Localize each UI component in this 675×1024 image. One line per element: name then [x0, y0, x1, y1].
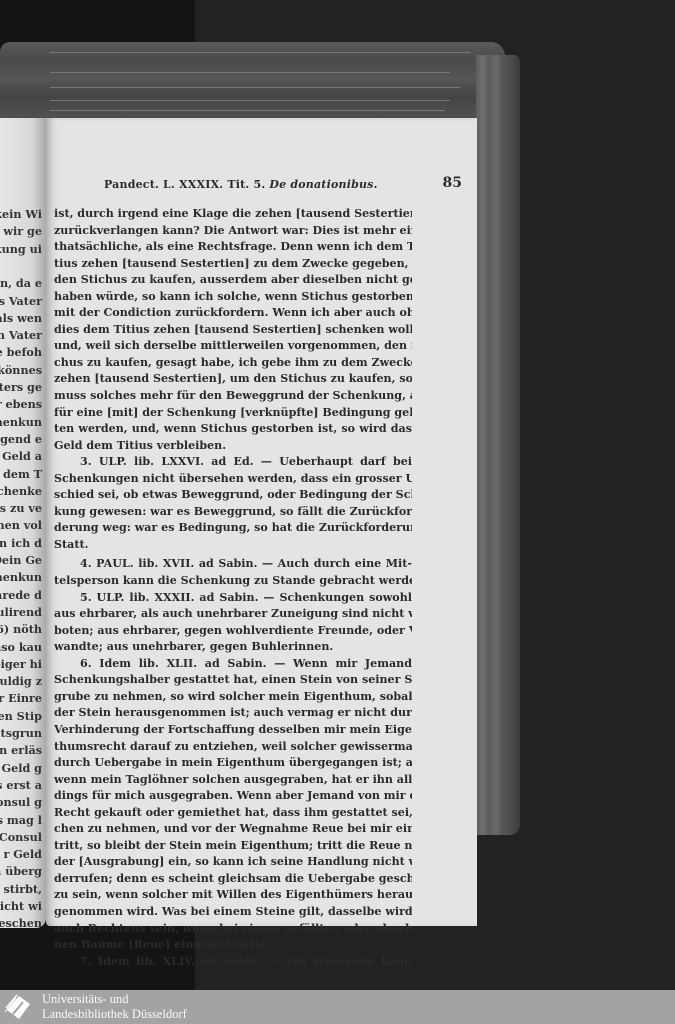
library-footer-bar: Universitäts- und Landesbibliothek Düsse…: [0, 990, 675, 1024]
left-page-text-fragment: ne befoh: [0, 344, 42, 361]
text-line: schied sei, ob etwas Beweggrund, oder Be…: [54, 487, 412, 504]
text-line: den Stichus zu kaufen, ausserdem aber di…: [54, 272, 412, 289]
text-line: thumsrecht darauf zu entziehen, weil sol…: [54, 739, 412, 756]
left-page-text-fragment: Vaters ge: [0, 379, 42, 396]
left-page-text-fragment: chuldig z: [0, 673, 42, 690]
left-page-text-fragment: n Consul: [0, 829, 42, 846]
text-line: wandte; aus unehrbarer, gegen Buhlerinne…: [54, 639, 412, 656]
text-line: 3. ULP. lib. LXXVI. ad Ed. — Ueberhaupt …: [54, 454, 412, 471]
left-page-fragment: kein Wiwir gekung uin, da ees Vaterals w…: [0, 118, 46, 928]
text-line: zurückverlangen kann? Die Antwort war: D…: [54, 223, 412, 240]
text-line: 4. PAUL. lib. XVII. ad Sabin. — Auch dur…: [54, 556, 412, 573]
page-85: Pandect. L. XXXIX. Tit. 5. De donationib…: [46, 118, 477, 926]
text-line: derrufen; denn es scheint gleichsam die …: [54, 871, 412, 888]
text-line: aus ehrbarer, als auch unehrbarer Zuneig…: [54, 606, 412, 623]
text-line: kung gewesen: war es Beweggrund, so fäll…: [54, 504, 412, 521]
left-page-text-fragment: n ich d: [0, 535, 42, 552]
running-title: Pandect. L. XXXIX. Tit. 5. De donationib…: [104, 178, 378, 191]
text-line: nen Baume [Reue] eingetreten ist.: [54, 937, 412, 954]
text-line: Schenkungen nicht übersehen werden, dass…: [54, 471, 412, 488]
text-line: zehen [tausend Sestertien], um den Stich…: [54, 371, 412, 388]
text-line: boten; aus ehrbarer, gegen wohlverdiente…: [54, 623, 412, 640]
text-line: Geld dem Titius verbleiben.: [54, 438, 412, 455]
left-page-text-fragment: Geld a: [0, 448, 42, 465]
text-line: ist, durch irgend eine Klage die zehen […: [54, 206, 412, 223]
left-page-text-fragment: r ebens: [0, 396, 42, 413]
left-page-text-fragment: wir ge: [0, 223, 42, 240]
text-line: ten werden, und, wenn Stichus gestorben …: [54, 421, 412, 438]
left-page-text-fragment: s erst a: [0, 777, 42, 794]
text-line: durch Uebergabe in mein Eigenthum überge…: [54, 755, 412, 772]
left-page-text-fragment: kein Wi: [0, 206, 42, 223]
left-page-text-fragment: als wen: [0, 310, 42, 327]
left-page-text-fragment: chtsgrun: [0, 725, 42, 742]
text-line: Verhinderung der Fortschaffung desselben…: [54, 722, 412, 739]
left-page-text-fragment: ch überg: [0, 863, 42, 880]
left-page-text-fragment: schenkun: [0, 414, 42, 431]
left-page-text-fragment: Dein Ge: [0, 552, 42, 569]
text-line: 5. ULP. lib. XXXII. ad Sabin. — Schenkun…: [54, 590, 412, 607]
left-page-text-fragment: es Vater: [0, 293, 42, 310]
left-page-text-fragment: kung ui: [0, 241, 42, 258]
text-line: thatsächliche, als eine Rechtsfrage. Den…: [54, 239, 412, 256]
left-page-text-fragment: stirbt,: [0, 881, 42, 898]
left-page-text-fragment: n, da e: [0, 275, 42, 292]
text-line: wenn mein Taglöhner solchen ausgegraben,…: [54, 772, 412, 789]
left-page-text-fragment: er Einre: [0, 690, 42, 707]
left-page-text-fragment: dem T: [0, 466, 42, 483]
text-line: auch Rechtens sein, wenn bei einem gefäl…: [54, 921, 412, 938]
left-page-text-fragment: irgend e: [0, 431, 42, 448]
body-text: ist, durch irgend eine Klage die zehen […: [54, 206, 412, 970]
library-name-line2: Landesbibliothek Düsseldorf: [42, 1007, 187, 1022]
page-number: 85: [443, 175, 462, 191]
left-page-text-fragment: schenke: [0, 483, 42, 500]
left-page-text-fragment: Consul g: [0, 794, 42, 811]
library-name-line1: Universitäts- und: [42, 992, 128, 1007]
book-page-edges-right: [476, 55, 520, 835]
left-page-text-fragment: n könnes: [0, 362, 42, 379]
left-page-text-fragment: n Geld g: [0, 760, 42, 777]
text-line: für eine [mit] der Schenkung [verknüpfte…: [54, 405, 412, 422]
left-page-text-fragment: Schenkun: [0, 569, 42, 586]
text-line: zu sein, wenn solcher mit Willen des Eig…: [54, 887, 412, 904]
left-page-text-fragment: is zu ve: [0, 500, 42, 517]
text-line: muss solches mehr für den Beweggrund der…: [54, 388, 412, 405]
left-page-text-fragment: pulirend: [0, 604, 42, 621]
left-page-text-fragment: r Geld: [0, 846, 42, 863]
text-line: genommen wird. Was bei einem Steine gilt…: [54, 904, 412, 921]
left-page-text-fragment: us mag l: [0, 812, 42, 829]
text-line: 7. Idem lib. XLIV. ad Sabin. — Ein Hauss…: [54, 954, 412, 971]
text-line: telsperson kann die Schenkung zu Stande …: [54, 573, 412, 590]
left-page-text-fragment: geschen: [0, 915, 42, 928]
left-page-text-fragment: biger hi: [0, 656, 42, 673]
left-page-text-fragment: 76) nöth: [0, 621, 42, 638]
text-line: Schenkungshalber gestattet hat, einen St…: [54, 672, 412, 689]
library-logo-icon: [3, 992, 33, 1022]
text-line: tius zehen [tausend Sestertien] zu dem Z…: [54, 256, 412, 273]
left-page-text-fragment: den Stip: [0, 708, 42, 725]
left-page-text-fragment: on erläs: [0, 742, 42, 759]
text-line: chus zu kaufen, gesagt habe, ich gebe ih…: [54, 355, 412, 372]
left-page-text-fragment: in Vater: [0, 327, 42, 344]
text-line: 6. Idem lib. XLII. ad Sabin. — Wenn mir …: [54, 656, 412, 673]
text-line: Statt.: [54, 537, 412, 554]
left-page-text-fragment: enso kau: [0, 639, 42, 656]
text-line: dings für mich ausgegraben. Wenn aber Je…: [54, 788, 412, 805]
text-line: chen zu nehmen, und vor der Wegnahme Reu…: [54, 821, 412, 838]
text-line: mit der Condiction zurückfordern. Wenn i…: [54, 305, 412, 322]
left-page-text-fragment: Einrede d: [0, 587, 42, 604]
text-line: dies dem Titius zehen [tausend Sestertie…: [54, 322, 412, 339]
left-page-text-fragment: onen vol: [0, 517, 42, 534]
text-line: grube zu nehmen, so wird solcher mein Ei…: [54, 689, 412, 706]
text-line: tritt, so bleibt der Stein mein Eigenthu…: [54, 838, 412, 855]
text-line: der Stein herausgenommen ist; auch verma…: [54, 705, 412, 722]
text-line: Recht gekauft oder gemiethet hat, dass i…: [54, 805, 412, 822]
text-line: und, weil sich derselbe mittlerweilen vo…: [54, 338, 412, 355]
left-page-text-fragment: icht wi: [0, 898, 42, 915]
text-line: der [Ausgrabung] ein, so kann ich seine …: [54, 854, 412, 871]
text-line: derung weg: war es Bedingung, so hat die…: [54, 520, 412, 537]
text-line: haben würde, so kann ich solche, wenn St…: [54, 289, 412, 306]
